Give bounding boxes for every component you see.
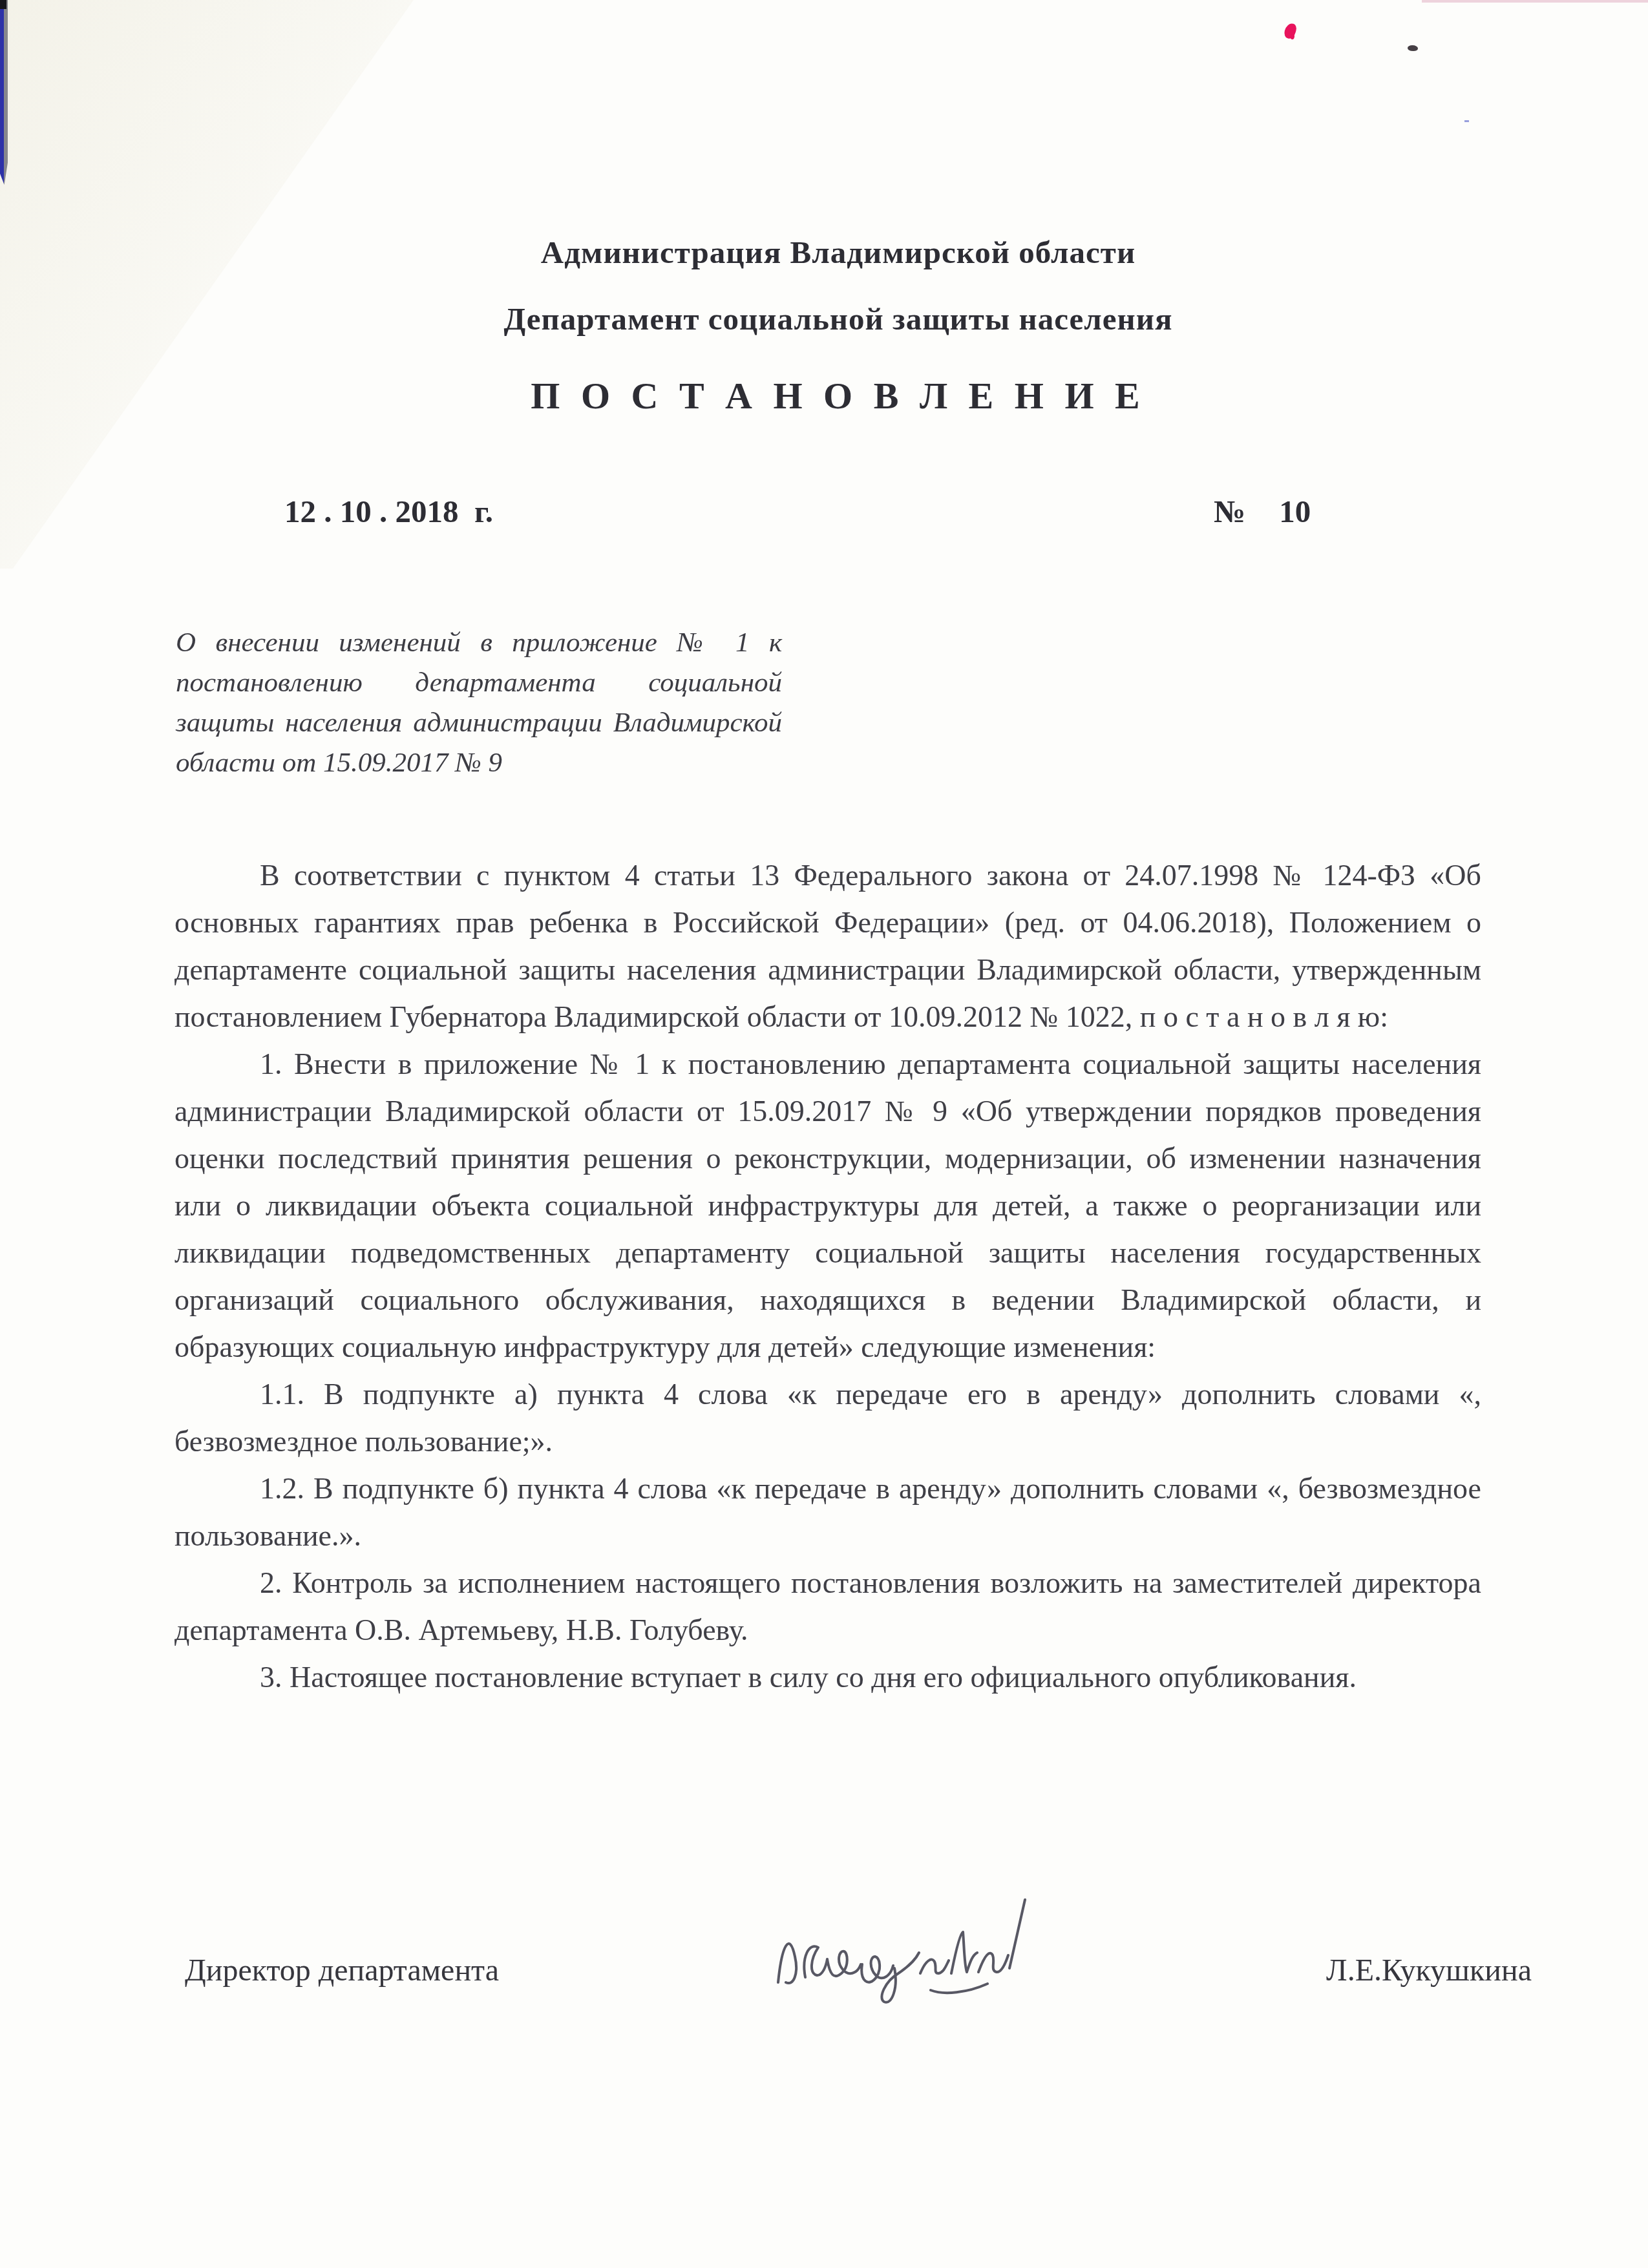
org-name-line2: Департамент социальной защиты населения [14, 300, 1648, 337]
scan-artifact-left-stripe [0, 0, 8, 185]
body-paragraph: В соответствии с пунктом 4 статьи 13 Фед… [174, 852, 1481, 1040]
body-paragraph: 1.1. В подпункте а) пункта 4 слова «к пе… [174, 1370, 1481, 1465]
scan-artifact-blue-fleck [1464, 120, 1469, 122]
org-name-line1: Администрация Владимирской области [14, 234, 1648, 271]
scan-artifact-pink-edge [1422, 0, 1648, 3]
subject-annotation: О внесении изменений в приложение № 1 к … [176, 623, 782, 783]
body-paragraph: 3. Настоящее постановление вступает в си… [174, 1654, 1481, 1701]
signatory-title: Директор департамента [185, 1953, 499, 1988]
handwritten-signature [768, 1893, 1046, 2022]
number-sign: № [1214, 494, 1245, 529]
body-paragraph: 1.2. В подпункте б) пункта 4 слова «к пе… [174, 1465, 1481, 1559]
body-paragraph: 1. Внести в приложение № 1 к постановлен… [174, 1040, 1481, 1370]
scan-artifact-dark-speck [1408, 45, 1418, 51]
scanned-document-page: Администрация Владимирской области Депар… [0, 0, 1648, 2268]
body-paragraph: 2. Контроль за исполнением настоящего по… [174, 1559, 1481, 1654]
letterhead: Администрация Владимирской области Депар… [14, 234, 1648, 417]
document-number: №10 [1214, 493, 1311, 530]
scan-artifact-red-mark [1283, 22, 1297, 39]
scan-artifact-left-stripe-cap [0, 0, 6, 9]
document-type-title: П О С Т А Н О В Л Е Н И Е [14, 374, 1648, 417]
document-date: 12 . 10 . 2018 г. [284, 493, 493, 530]
number-value: 10 [1279, 494, 1311, 529]
signatory-name: Л.Е.Кукушкина [1326, 1953, 1532, 1988]
document-body: В соответствии с пунктом 4 статьи 13 Фед… [174, 852, 1481, 1701]
